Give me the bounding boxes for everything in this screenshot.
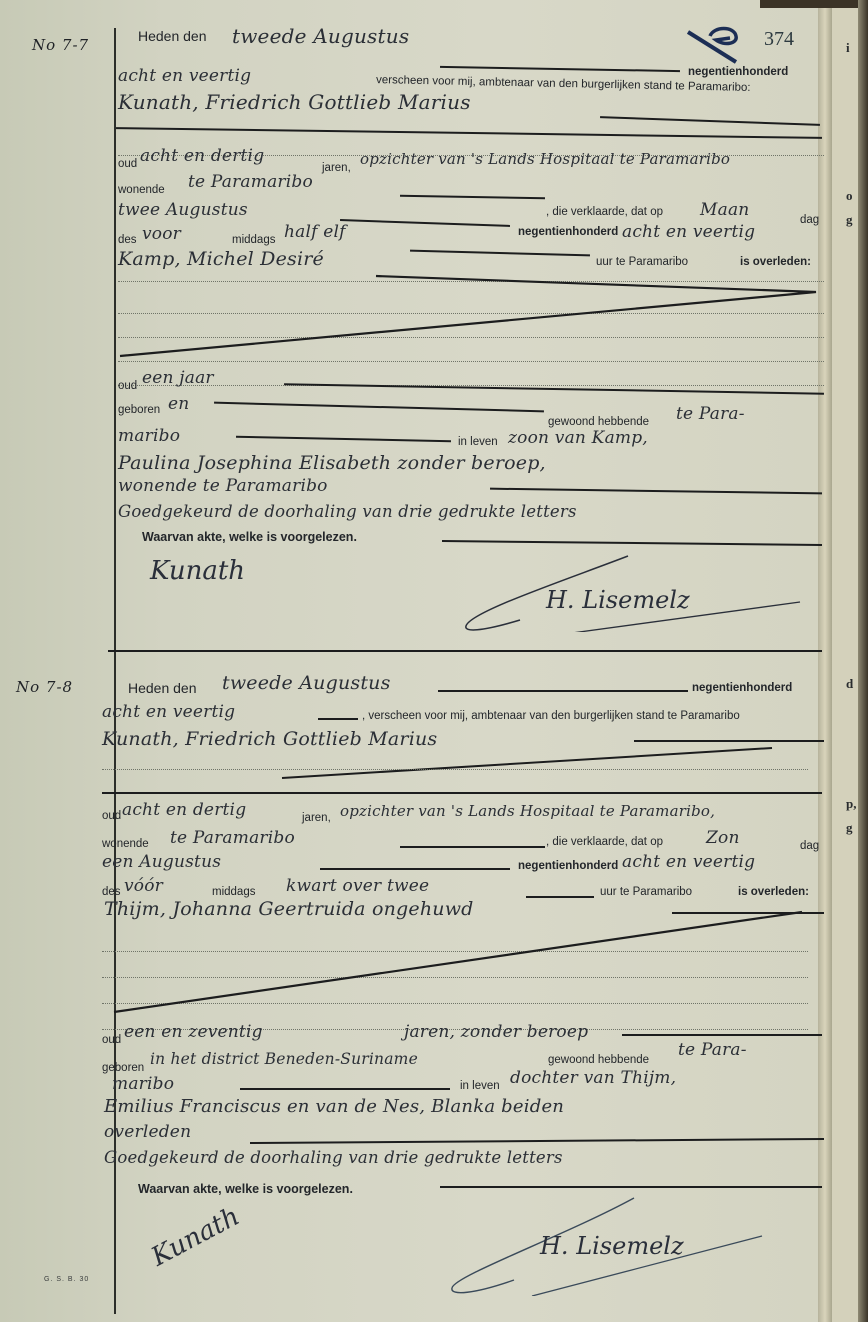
label-middags: middags [212,886,255,898]
parents-line-3: overleden [104,1122,191,1142]
label-negentienhonderd: negentienhonderd [692,682,792,694]
time-prefix: voor [142,224,181,244]
death-date: een Augustus [102,852,221,872]
label-oud: oud [118,158,137,170]
fill-line [318,718,358,720]
registry-stamp-icon [684,22,750,64]
label-verscheen: , verscheen voor mij, ambtenaar van den … [362,710,740,722]
edge-glyph: o [846,188,853,204]
act-separator [108,650,822,652]
act-date: tweede Augustus [222,672,391,694]
edge-glyph: d [846,676,853,692]
death-time: kwart over twee [286,876,429,896]
declarant-occupation: opzichter van 's Lands Hospitaal te Para… [360,150,730,168]
label-geboren: geboren [118,404,160,416]
residence-line-2: maribo [118,426,180,446]
residence-line-2: maribo [112,1074,174,1094]
label-middags: middags [232,234,275,246]
label-negentienhonderd: negentienhonderd [518,226,618,238]
label-negentienhonderd: negentienhonderd [518,860,618,872]
label-in-leven: in leven [460,1080,500,1092]
death-year: acht en veertig [622,222,755,242]
declarant-name: Kunath, Friedrich Gottlieb Marius [118,90,471,114]
death-weekday: Maan [700,200,749,220]
fill-line [438,690,688,692]
page-number: 374 [764,28,794,51]
fill-line [102,792,822,794]
act-number: No 7-7 [32,36,89,54]
label-wonende: wonende [118,184,165,196]
declarant-occupation: opzichter van 's Lands Hospitaal te Para… [340,802,715,820]
label-jaren: jaren, [302,812,331,824]
label-gewoond-hebbende: gewoond hebbende [548,1054,649,1066]
label-oud: oud [102,1034,121,1046]
residence-line-1: te Para- [678,1040,747,1060]
label-des: des [118,234,137,246]
declarant-age: acht en dertig [140,146,264,166]
binding-shadow [760,0,868,8]
label-dag: dag [800,214,819,226]
act-year: acht en veertig [118,66,251,86]
deceased-age: een en zeventig [124,1022,263,1042]
act-date: tweede Augustus [232,24,409,48]
death-date: twee Augustus [118,200,248,220]
deceased-age: een jaar [142,368,214,388]
label-waarvan-akte: Waarvan akte, welke is voorgelezen. [142,530,357,544]
label-is-overleden: is overleden: [738,886,809,898]
label-heden-den: Heden den [128,680,197,696]
label-oud: oud [102,810,121,822]
cross-out-stroke [116,270,826,360]
residence-line-1: te Para- [676,404,745,424]
fill-line [440,1186,822,1188]
label-waarvan-akte: Waarvan akte, welke is voorgelezen. [138,1182,353,1196]
act-number: No 7-8 [16,678,73,696]
form-code: G. S. B. 30 [44,1276,89,1283]
label-gewoond-hebbende: gewoond hebbende [548,416,649,428]
fill-line [622,1034,822,1036]
page-gutter [818,0,832,1322]
label-dag: dag [800,840,819,852]
deceased-occupation: jaren, zonder beroep [404,1022,588,1042]
parents-line-1: zoon van Kamp, [508,428,648,448]
edge-glyph: g [846,820,853,836]
approval-note: Goedgekeurd de doorhaling van drie gedru… [118,502,577,521]
act-year: acht en veertig [102,702,235,722]
approval-note: Goedgekeurd de doorhaling van drie gedru… [104,1148,563,1167]
label-des: des [102,886,121,898]
label-jaren: jaren, [322,162,351,174]
label-geboren: geboren [102,1062,144,1074]
declarant-age: acht en dertig [122,800,246,820]
fill-line [240,1088,450,1090]
label-in-leven: in leven [458,436,498,448]
label-die-verklaarde: , die verklaarde, dat op [546,836,663,848]
parents-line-2: Paulina Josephina Elisabeth zonder beroe… [118,452,546,474]
book-edge [858,0,868,1322]
edge-glyph: i [846,40,850,56]
fill-line [320,868,510,870]
cross-out-stroke [102,908,822,1018]
label-heden-den: Heden den [138,28,207,44]
edge-glyph: g [846,212,853,228]
time-prefix: vóór [124,876,163,896]
label-uur-te: uur te Paramaribo [600,886,692,898]
label-negentienhonderd: negentienhonderd [688,66,788,78]
birthplace: in het district Beneden-Suriname [150,1050,418,1068]
fill-line [526,896,594,898]
signature-official: H. Lisemelz [540,1232,684,1260]
parents-line-1: dochter van Thijm, [510,1068,676,1088]
parents-line-3: wonende te Paramaribo [118,476,328,496]
signature-official: H. Lisemelz [546,586,690,614]
birthplace: en [168,394,189,414]
declarant-residence: te Paramaribo [170,828,295,848]
fill-line [400,846,545,848]
parents-line-2: Emilius Franciscus en van de Nes, Blanka… [104,1096,564,1117]
label-wonende: wonende [102,838,149,850]
death-year: acht en veertig [622,852,755,872]
death-weekday: Zon [706,828,740,848]
signature-declarant: Kunath [150,556,245,586]
death-time: half elf [284,222,346,242]
label-die-verklaarde: , die verklaarde, dat op [546,206,663,218]
label-oud: oud [118,380,137,392]
declarant-residence: te Paramaribo [188,172,313,192]
edge-glyph: p, [846,796,856,812]
